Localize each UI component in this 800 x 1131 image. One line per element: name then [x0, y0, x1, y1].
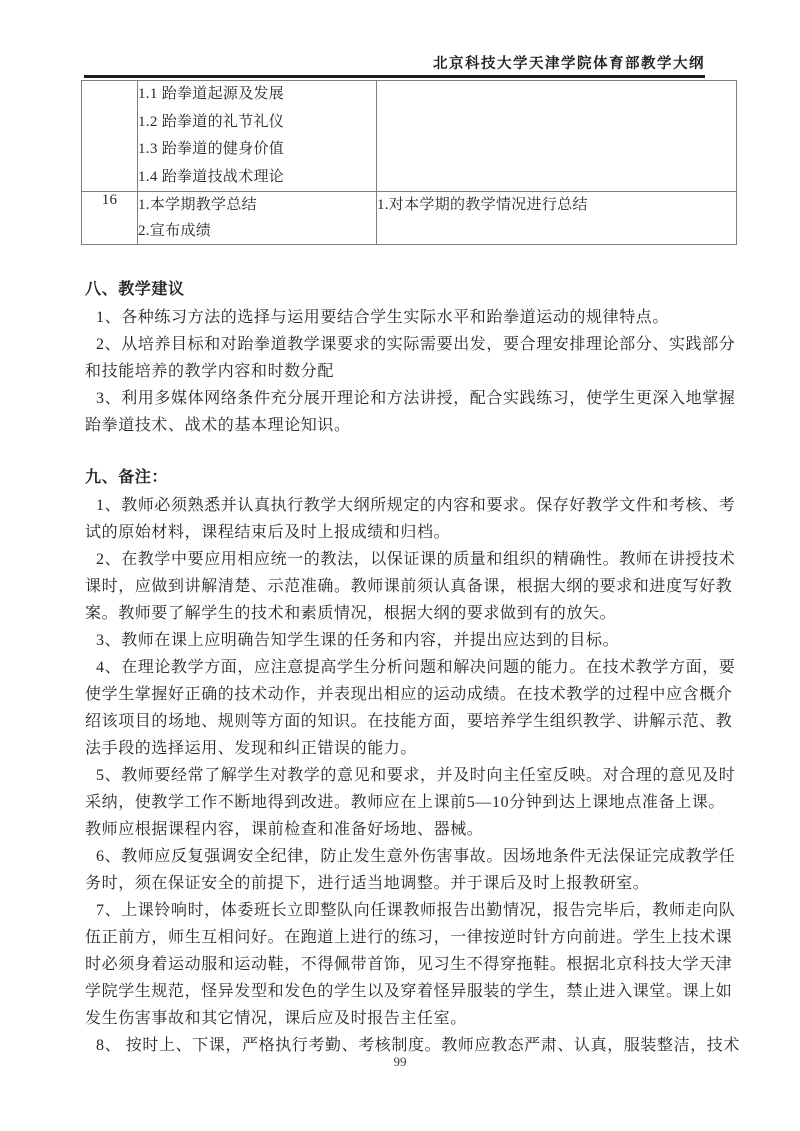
table-row: 1.1 跆拳道起源及发展 1.2 跆拳道的礼节礼仪 1.3 跆拳道的健身价值 1…	[82, 81, 737, 192]
content-cell: 1.本学期教学总结 2.宣布成绩	[138, 192, 377, 245]
section-heading: 九、备注：	[85, 464, 725, 492]
paragraph-line: 5、教师要经常了解学生对教学的意见和要求，并及时向主任室反映。对合理的意见及时	[85, 762, 725, 789]
paragraph-line: 采纳，使教学工作不断地得到改进。教师应在上课前5—10分钟到达上课地点准备上课。	[85, 789, 725, 816]
paragraph-line: 1、各种练习方法的选择与运用要结合学生实际水平和跆拳道运动的规律特点。	[85, 304, 725, 331]
requirement-line: 1.对本学期的教学情况进行总结	[377, 192, 736, 218]
document-page: 北京科技大学天津学院体育部教学大纲 1.1 跆拳道起源及发展 1.2 跆拳道的礼…	[0, 0, 800, 1131]
requirement-cell: 1.对本学期的教学情况进行总结	[377, 192, 737, 245]
section-heading: 八、教学建议	[85, 276, 725, 304]
paragraph: 2、从培养目标和对跆拳道教学课要求的实际需要出发，要合理安排理论部分、实践部分 …	[85, 331, 725, 385]
paragraph: 7、上课铃响时，体委班长立即整队向任课教师报告出勤情况，报告完毕后，教师走向队 …	[85, 897, 725, 1032]
paragraph: 4、在理论教学方面，应注意提高学生分析问题和解决问题的能力。在技术教学方面，要 …	[85, 654, 725, 762]
paragraph-line: 6、教师应反复强调安全纪律，防止发生意外伤害事故。因场地条件无法保证完成教学任	[85, 843, 725, 870]
content-line: 1.1 跆拳道起源及发展	[138, 81, 376, 109]
paragraph: 6、教师应反复强调安全纪律，防止发生意外伤害事故。因场地条件无法保证完成教学任 …	[85, 843, 725, 897]
content-line: 2.宣布成绩	[138, 218, 376, 244]
paragraph-line: 跆拳道技术、战术的基本理论知识。	[85, 412, 725, 439]
document-body: 八、教学建议 1、各种练习方法的选择与运用要结合学生实际水平和跆拳道运动的规律特…	[85, 276, 725, 1059]
paragraph-line: 发生伤害事故和其它情况，课后应及时报告主任室。	[85, 1005, 725, 1032]
paragraph-line: 1、教师必须熟悉并认真执行教学大纲所规定的内容和要求。保存好教学文件和考核、考	[85, 492, 725, 519]
content-cell: 1.1 跆拳道起源及发展 1.2 跆拳道的礼节礼仪 1.3 跆拳道的健身价值 1…	[138, 81, 377, 192]
paragraph-line: 绍该项目的场地、规则等方面的知识。在技能方面，要培养学生组织教学、讲解示范、教	[85, 708, 725, 735]
paragraph-line: 务时，须在保证安全的前提下，进行适当地调整。并于课后及时上报教研室。	[85, 870, 725, 897]
schedule-table: 1.1 跆拳道起源及发展 1.2 跆拳道的礼节礼仪 1.3 跆拳道的健身价值 1…	[81, 80, 737, 245]
paragraph-line: 课时，应做到讲解清楚、示范准确。教师课前须认真备课，根据大纲的要求和进度写好教	[85, 573, 725, 600]
paragraph-line: 和技能培养的教学内容和时数分配	[85, 358, 725, 385]
content-line: 1.本学期教学总结	[138, 192, 376, 218]
paragraph-line: 3、教师在课上应明确告知学生课的任务和内容，并提出应达到的目标。	[85, 627, 725, 654]
paragraph-line: 4、在理论教学方面，应注意提高学生分析问题和解决问题的能力。在技术教学方面，要	[85, 654, 725, 681]
paragraph: 1、教师必须熟悉并认真执行教学大纲所规定的内容和要求。保存好教学文件和考核、考 …	[85, 492, 725, 546]
paragraph-line: 案。教师要了解学生的技术和素质情况，根据大纲的要求做到有的放矢。	[85, 600, 725, 627]
paragraph: 3、利用多媒体网络条件充分展开理论和方法讲授，配合实践练习，使学生更深入地掌握 …	[85, 385, 725, 439]
paragraph-line: 学院学生规范，怪异发型和发色的学生以及穿着怪异服装的学生，禁止进入课堂。课上如	[85, 978, 725, 1005]
paragraph: 1、各种练习方法的选择与运用要结合学生实际水平和跆拳道运动的规律特点。	[85, 304, 725, 331]
header-title: 北京科技大学天津学院体育部教学大纲	[433, 52, 705, 73]
week-cell	[82, 81, 138, 192]
content-line: 1.4 跆拳道技战术理论	[138, 164, 376, 192]
paragraph-line: 7、上课铃响时，体委班长立即整队向任课教师报告出勤情况，报告完毕后，教师走向队	[85, 897, 725, 924]
week-cell: 16	[82, 192, 138, 245]
paragraph-line: 法手段的选择运用、发现和纠正错误的能力。	[85, 735, 725, 762]
paragraph-line: 2、在教学中要应用相应统一的教法，以保证课的质量和组织的精确性。教师在讲授技术	[85, 546, 725, 573]
page-number: 99	[0, 1054, 800, 1070]
paragraph-line: 2、从培养目标和对跆拳道教学课要求的实际需要出发，要合理安排理论部分、实践部分	[85, 331, 725, 358]
paragraph: 2、在教学中要应用相应统一的教法，以保证课的质量和组织的精确性。教师在讲授技术 …	[85, 546, 725, 627]
paragraph-line: 3、利用多媒体网络条件充分展开理论和方法讲授，配合实践练习，使学生更深入地掌握	[85, 385, 725, 412]
paragraph: 5、教师要经常了解学生对教学的意见和要求，并及时向主任室反映。对合理的意见及时 …	[85, 762, 725, 843]
paragraph-line: 伍正前方，师生互相问好。在跑道上进行的练习，一律按逆时针方向前进。学生上技术课	[85, 924, 725, 951]
content-line: 1.3 跆拳道的健身价值	[138, 136, 376, 164]
paragraph-line: 时必须身着运动服和运动鞋，不得佩带首饰，见习生不得穿拖鞋。根据北京科技大学天津	[85, 951, 725, 978]
paragraph-line: 试的原始材料，课程结束后及时上报成绩和归档。	[85, 519, 725, 546]
paragraph: 3、教师在课上应明确告知学生课的任务和内容，并提出应达到的目标。	[85, 627, 725, 654]
content-line: 1.2 跆拳道的礼节礼仪	[138, 109, 376, 137]
requirement-cell	[377, 81, 737, 192]
paragraph-line: 教师应根据课程内容，课前检查和准备好场地、器械。	[85, 816, 725, 843]
header-rule	[84, 75, 705, 78]
paragraph-line: 使学生掌握好正确的技术动作，并表现出相应的运动成绩。在技术教学的过程中应含概介	[85, 681, 725, 708]
table-row: 16 1.本学期教学总结 2.宣布成绩 1.对本学期的教学情况进行总结	[82, 192, 737, 245]
